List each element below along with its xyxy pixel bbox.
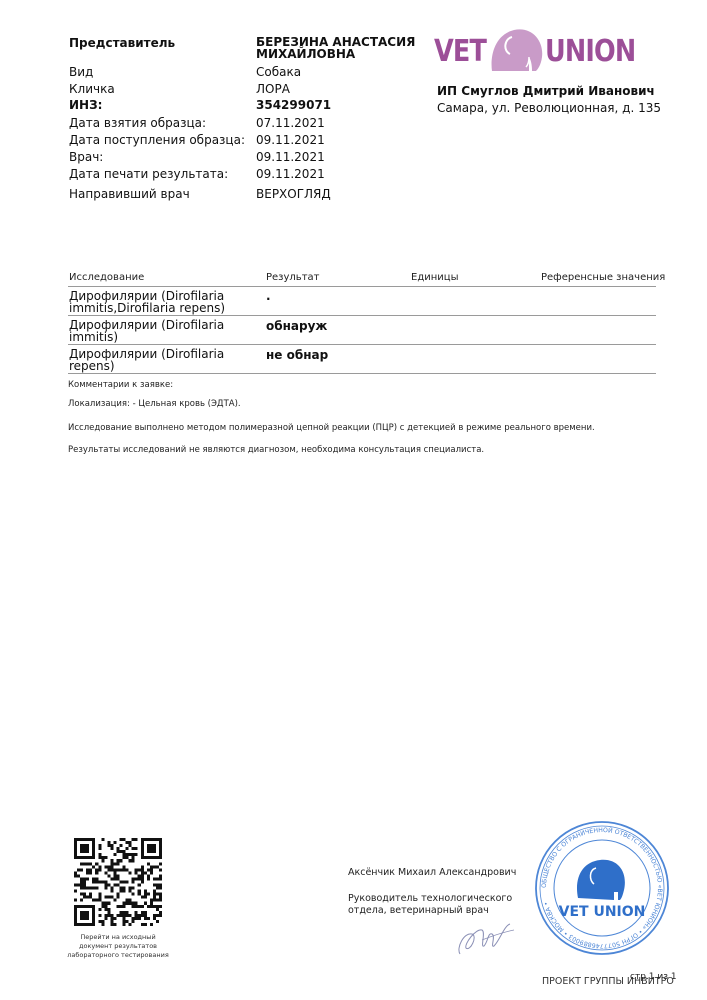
comments-label: Комментарии к заявке: — [68, 380, 173, 390]
qr-caption: Перейти на исходный документ результатов… — [66, 933, 170, 960]
label-inz: ИНЗ: — [69, 98, 102, 112]
logo-text-union: UNION — [545, 34, 635, 69]
label-nickname: Кличка — [69, 82, 115, 96]
method-note: Исследование выполнено методом полимераз… — [68, 423, 595, 433]
value-inz: 354299071 — [256, 98, 331, 112]
table-divider — [68, 373, 656, 374]
label-doctor: Врач: — [69, 150, 103, 164]
disclaimer-note: Результаты исследований не являются диаг… — [68, 445, 484, 455]
signer-name: Аксёнчик Михаил Александрович — [348, 867, 516, 879]
clinic-name: ИП Смуглов Дмитрий Иванович — [437, 84, 655, 98]
table-divider — [68, 344, 656, 345]
value-doctor: 09.11.2021 — [256, 150, 325, 164]
signer-title: Руководитель технологического отдела, ве… — [348, 893, 512, 917]
label-sample-date: Дата взятия образца: — [69, 116, 206, 130]
value-representative: БЕРЕЗИНА АНАСТАСИЯ МИХАЙЛОВНА — [256, 36, 415, 60]
logo-text-vet: VET — [434, 34, 486, 69]
cell-result: не обнар — [266, 348, 328, 362]
clinic-address: Самара, ул. Революционная, д. 135 — [437, 101, 661, 115]
table-divider — [68, 286, 656, 287]
value-species: Собака — [256, 65, 301, 79]
cell-test: Дирофилярии (Dirofilaria immitis,Dirofil… — [69, 290, 225, 314]
value-referring-doctor: ВЕРХОГЛЯД — [256, 187, 331, 201]
header-result: Результат — [266, 272, 319, 283]
table-divider — [68, 315, 656, 316]
cell-result: . — [266, 289, 271, 303]
label-print-date: Дата печати результата: — [69, 167, 228, 181]
cell-result: обнаруж — [266, 319, 327, 333]
signature — [452, 918, 522, 964]
cell-test: Дирофилярии (Dirofilaria immitis) — [69, 319, 224, 343]
cell-test: Дирофилярии (Dirofilaria repens) — [69, 348, 224, 372]
label-representative: Представитель — [69, 36, 175, 50]
qr-code[interactable] — [73, 838, 163, 926]
page-number: стр.1 из 1 — [630, 972, 677, 982]
label-species: Вид — [69, 65, 93, 79]
header-reference: Референсные значения — [541, 272, 665, 283]
elephant-icon — [488, 27, 544, 71]
localization-note: Локализация: - Цельная кровь (ЭДТА). — [68, 399, 241, 409]
value-receipt-date: 09.11.2021 — [256, 133, 325, 147]
value-nickname: ЛОРА — [256, 82, 290, 96]
value-print-date: 09.11.2021 — [256, 167, 325, 181]
header-test: Исследование — [69, 272, 144, 283]
header-units: Единицы — [411, 272, 458, 283]
value-sample-date: 07.11.2021 — [256, 116, 325, 130]
svg-text:VET UNION: VET UNION — [559, 904, 646, 920]
label-referring-doctor: Направивший врач — [69, 187, 190, 201]
label-receipt-date: Дата поступления образца: — [69, 133, 245, 147]
company-stamp: ОБЩЕСТВО С ОГРАНИЧЕННОЙ ОТВЕТСТВЕННОСТЬЮ… — [534, 820, 670, 956]
